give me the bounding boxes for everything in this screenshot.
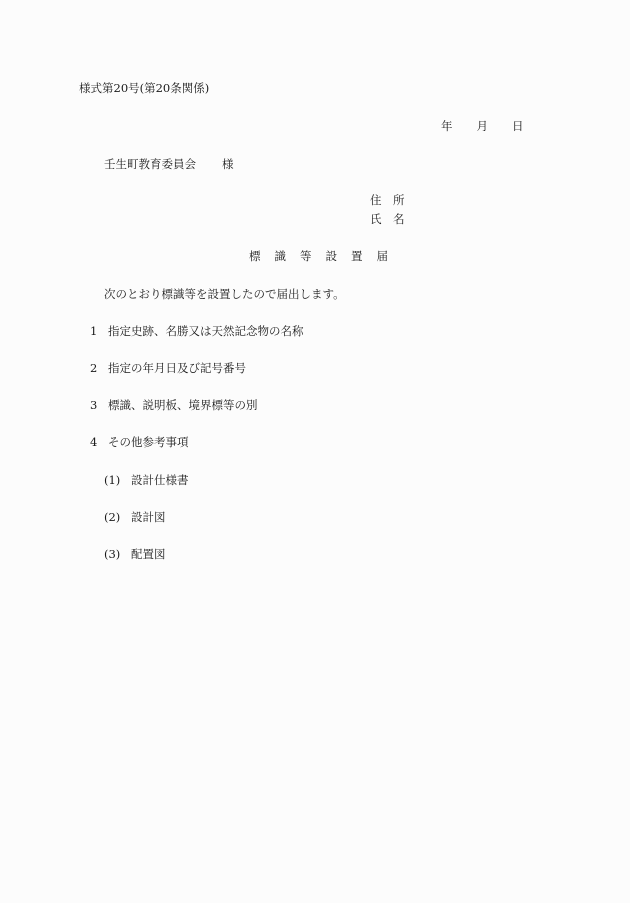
- list-item-4: 4その他参考事項: [90, 435, 189, 449]
- form-number: 様式第20号(第20条関係): [79, 81, 209, 95]
- addressee-name: 壬生町教育委員会: [104, 157, 196, 171]
- address-label: 住所: [370, 193, 405, 212]
- intro-text: 次のとおり標識等を設置したので届出します。: [104, 287, 345, 301]
- list-item-3: 3標識、説明板、境界標等の別: [90, 398, 258, 412]
- list-item-1: 1指定史跡、名勝又は天然記念物の名称: [90, 324, 304, 338]
- document-title: 標識等設置届: [249, 249, 402, 263]
- addressee-honorific: 様: [222, 157, 234, 171]
- name-label: 氏名: [370, 212, 405, 231]
- date-line: 年月日: [441, 119, 524, 133]
- document-page: 様式第20号(第20条関係) 年月日 壬生町教育委員会様 住所 氏名 標識等設置…: [0, 0, 630, 903]
- month-label: 月: [477, 119, 489, 133]
- list-item-2: 2指定の年月日及び記号番号: [90, 361, 246, 375]
- day-label: 日: [512, 119, 524, 133]
- addressee: 壬生町教育委員会様: [104, 157, 234, 171]
- year-label: 年: [441, 119, 453, 133]
- sub-item-1: (1)設計仕様書: [104, 473, 189, 487]
- sub-item-3: (3)配置図: [104, 547, 166, 561]
- applicant-block: 住所 氏名: [370, 193, 405, 231]
- sub-item-2: (2)設計図: [104, 510, 166, 524]
